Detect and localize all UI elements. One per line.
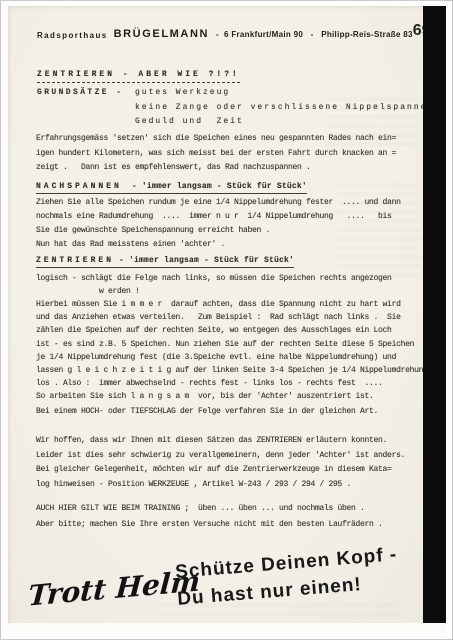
zentrieren-heading-text: ZENTRIEREN - 'immer langsam - Stück für … [36, 256, 294, 268]
grundsaetze-label: GRUNDSÄTZE - [37, 88, 123, 97]
zentrieren-heading: ZENTRIEREN - 'immer langsam - Stück für … [36, 256, 294, 268]
scan-edge-black-stripe [423, 6, 446, 623]
page-header: Radsporthaus BRÜGELMANN - 6 Frankfurt/Ma… [37, 22, 411, 40]
page-title: ZENTRIEREN - ABER WIE ?!?! [37, 70, 240, 83]
nachspannen-heading-rest: - 'immer langsam - Stück für Stück' [122, 182, 307, 191]
zentrieren-heading-caps: ZENTRIEREN [36, 256, 114, 265]
brand-name: BRÜGELMANN [114, 28, 209, 40]
hochschlag-line: Bei einem HOCH- oder TIEFSCHLAG der Felg… [36, 407, 378, 416]
intro-paragraph: Erfahrungsgemäss 'setzen' sich die Speic… [36, 132, 396, 176]
nachspannen-heading-caps: NACHSPANNEN [36, 182, 122, 191]
nachspannen-heading: NACHSPANNEN - 'immer langsam - Stück für… [36, 182, 307, 194]
closing-paragraph: Wir hoffen, dass wir Ihnen mit diesen Sä… [36, 434, 405, 492]
nachspannen-heading-text: NACHSPANNEN - 'immer langsam - Stück für… [36, 182, 307, 194]
store-address: - 6 Frankfurt/Main 90 - Philipp-Reis-Str… [216, 30, 413, 40]
zentrieren-heading-rest: - 'immer langsam - Stück für Stück' [114, 256, 294, 265]
achter-note: Nun hat das Rad meisstens einen 'achter'… [36, 240, 225, 249]
store-name: Radsporthaus [37, 31, 108, 40]
hochschlag-line-text: Bei einem HOCH- oder TIEFSCHLAG der Felg… [36, 407, 378, 416]
catalog-page: Radsporthaus BRÜGELMANN - 6 Frankfurt/Ma… [8, 6, 446, 634]
grundsaetze-items: gutes Werkzeugkeine Zange oder verschlis… [135, 86, 434, 130]
nachspannen-paragraph: Ziehen Sie alle Speichen rundum je eine … [36, 196, 401, 238]
zentrieren-logic-paragraph: logisch - schlägt die Felge nach links, … [36, 272, 392, 298]
training-paragraph: AUCH HIER GILT WIE BEIM TRAINING ; üben … [36, 501, 383, 533]
zentrieren-detail-paragraph: Hierbei müssen Sie i m m e r darauf acht… [36, 298, 428, 404]
scanned-catalog-screenshot: Radsporthaus BRÜGELMANN - 6 Frankfurt/Ma… [0, 0, 453, 640]
achter-note-text: Nun hat das Rad meisstens einen 'achter'… [36, 240, 225, 249]
helmet-slogan: Schütze Deinen Kopf - Du hast nur einen! [174, 541, 400, 613]
scan-bottom-margin [8, 623, 446, 634]
